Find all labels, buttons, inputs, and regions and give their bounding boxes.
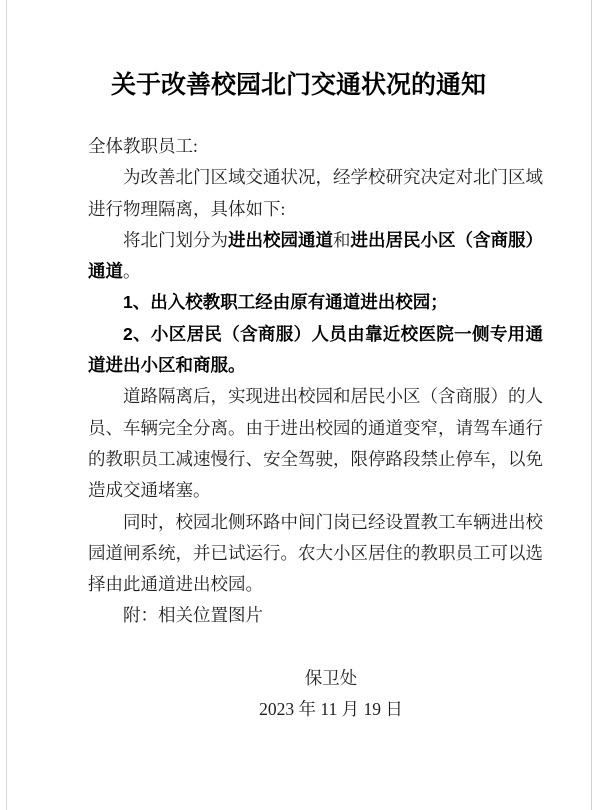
notice-paragraphs: 为改善北门区域交通状况，经学校研究决定对北门区域进行物理隔离，具体如下:将北门划… <box>88 162 543 631</box>
paragraph: 为改善北门区域交通状况，经学校研究决定对北门区域进行物理隔离，具体如下: <box>88 162 543 225</box>
signature-department: 保卫处 <box>231 663 431 694</box>
paragraph: 道路隔离后，实现进出校园和居民小区（含商服）的人员、车辆完全分离。由于进出校园的… <box>88 381 543 506</box>
text-run: 。 <box>123 261 141 281</box>
text-run: 将北门划分为 <box>123 230 228 250</box>
page-left-edge-line <box>6 0 7 810</box>
paragraph: 附：相关位置图片 <box>88 600 543 631</box>
bold-text-run: 2、小区居民（含商服）人员由靠近校医院一侧专用通道进出小区和商服。 <box>88 324 543 375</box>
paragraph: 2、小区居民（含商服）人员由靠近校医院一侧专用通道进出小区和商服。 <box>88 319 543 382</box>
paragraph: 1、出入校教职工经由原有通道进出校园； <box>88 287 543 318</box>
notice-title: 关于改善校园北门交通状况的通知 <box>0 0 597 101</box>
text-run: 和 <box>333 230 351 250</box>
text-run: 附：相关位置图片 <box>123 605 263 625</box>
paragraph: 同时，校园北侧环路中间门岗已经设置教工车辆进出校园道闸系统，并已试运行。农大小区… <box>88 507 543 601</box>
bold-text-run: 1、出入校教职工经由原有通道进出校园； <box>123 292 448 312</box>
text-run: 道路隔离后，实现进出校园和居民小区（含商服）的人员、车辆完全分离。由于进出校园的… <box>88 386 543 500</box>
bold-text-run: 进出校园通道 <box>228 230 333 250</box>
text-run: 为改善北门区域交通状况，经学校研究决定对北门区域进行物理隔离，具体如下: <box>88 167 543 218</box>
salutation: 全体教职员工: <box>88 131 543 162</box>
page-right-edge-line <box>591 0 592 810</box>
paragraph: 将北门划分为进出校园通道和进出居民小区（含商服）通道。 <box>88 225 543 288</box>
notice-body: 全体教职员工: 为改善北门区域交通状况，经学校研究决定对北门区域进行物理隔离，具… <box>88 131 543 725</box>
signature-block: 保卫处 2023 年 11 月 19 日 <box>231 663 431 726</box>
text-run: 同时，校园北侧环路中间门岗已经设置教工车辆进出校园道闸系统，并已试运行。农大小区… <box>88 512 543 595</box>
signature-date: 2023 年 11 月 19 日 <box>231 694 431 725</box>
document-page: 关于改善校园北门交通状况的通知 全体教职员工: 为改善北门区域交通状况，经学校研… <box>0 0 597 810</box>
